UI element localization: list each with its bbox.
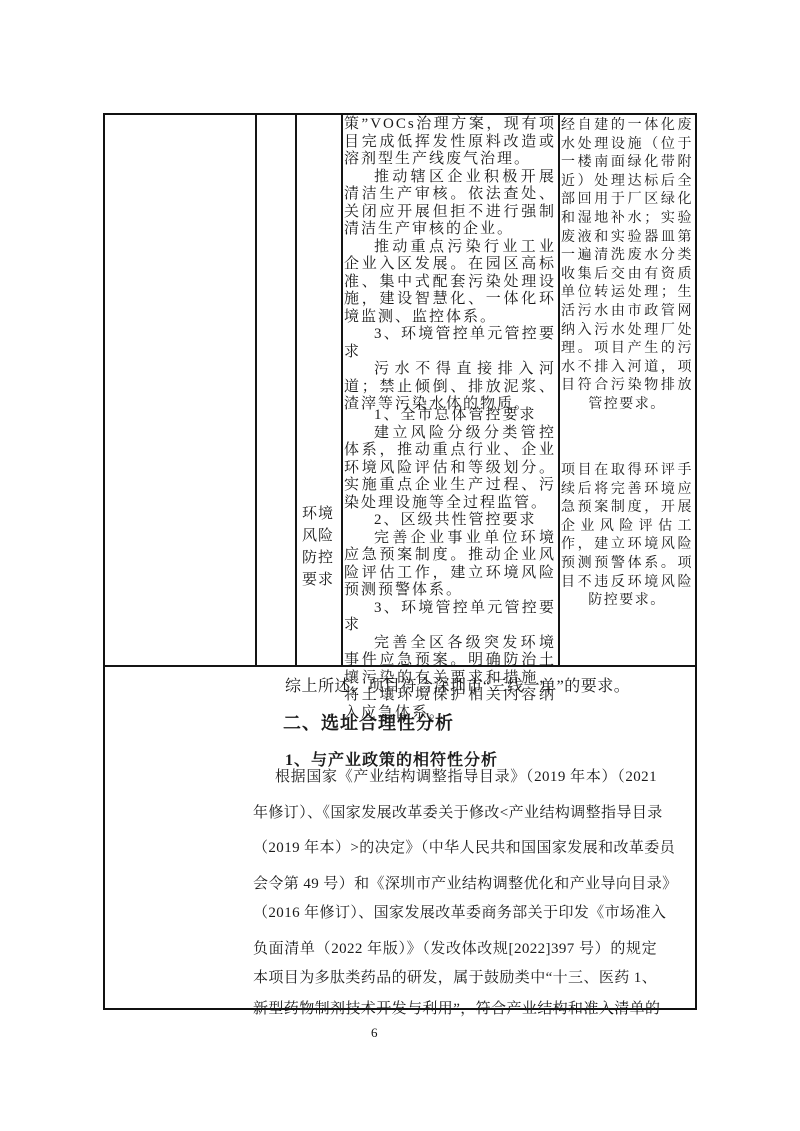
- paragraph: 策”VOCs治理方案，现有项目完成低挥发性原料改造或溶剂型生产线废气治理。: [344, 116, 556, 169]
- paragraph: 经自建的一体化废水处理设施（位于一楼南面绿化带附近）处理达标后全部回用于厂区绿化…: [561, 117, 693, 415]
- body-text-line: 根据国家《产业结构调整指导目录》（2019 年本）（2021: [253, 765, 657, 786]
- category-label-line: 防控: [295, 547, 341, 569]
- scanned-document-page: 环境 风险 防控 要求 策”VOCs治理方案，现有项目完成低挥发性原料改造或溶剂…: [0, 0, 800, 1131]
- section-heading: 二、选址合理性分析: [283, 709, 454, 735]
- paragraph: 2、区级共性管控要求: [344, 512, 556, 530]
- paragraph: 污水不得直接排入河道；禁止倾倒、排放泥浆、渣滓等污染水体的物质。: [344, 361, 556, 414]
- body-text-line: （2016 年修订）、国家发展改革委商务部关于印发《市场准入: [253, 901, 657, 922]
- category-label-line: 环境: [295, 503, 341, 525]
- body-text-line: 本项目为多肽类药品的研发，属于鼓励类中“十三、医药 1、: [253, 966, 657, 987]
- document-page-border: 环境 风险 防控 要求 策”VOCs治理方案，现有项目完成低挥发性原料改造或溶剂…: [103, 113, 697, 1010]
- paragraph: 建立风险分级分类管控体系，推动重点行业、企业环境风险评估和等级划分。实施重点企业…: [344, 425, 556, 513]
- table-cell-compliance-risk: 项目在取得环评手续后将完善环境应急预案制度，开展企业风险评估工作，建立环境风险预…: [561, 462, 693, 611]
- category-label-line: 风险: [295, 525, 341, 547]
- paragraph: 完善企业事业单位环境应急预案制度。推动企业风险评估工作，建立环境风险预测预警体系…: [344, 530, 556, 600]
- body-text-line: 年修订）、《国家发展改革委关于修改<产业结构调整指导目录: [253, 801, 657, 822]
- page-number: 6: [371, 1025, 378, 1041]
- conclusion-line: 综上所述，项目符合深圳市“三线一单”的要求。: [285, 673, 630, 696]
- table-column-divider-3: [341, 115, 343, 665]
- body-text-line: 会令第 49 号）和《深圳市产业结构调整优化和产业导向目录》: [253, 872, 657, 893]
- paragraph: 3、环境管控单元管控要求: [344, 600, 556, 635]
- paragraph: 推动重点污染行业工业企业入区发展。在园区高标准、集中式配套污染处理设施，建设智慧…: [344, 239, 556, 327]
- table-column-divider-4: [558, 115, 560, 665]
- category-label-line: 要求: [295, 569, 341, 591]
- body-text-line: （2019 年本）>的决定》（中华人民共和国国家发展和改革委员: [253, 836, 657, 857]
- paragraph: 3、环境管控单元管控要求: [344, 326, 556, 361]
- body-text-line: 负面清单（2022 年版）》（发改体改规[2022]397 号）的规定: [253, 937, 657, 958]
- body-text-line: 新型药物制剂技术开发与利用”，符合产业结构和准入清单的: [253, 997, 657, 1018]
- paragraph: 项目在取得环评手续后将完善环境应急预案制度，开展企业风险评估工作，建立环境风险预…: [561, 462, 693, 611]
- paragraph: 推动辖区企业积极开展清洁生产审核。依法查处、关闭应开展但拒不进行强制清洁生产审核…: [344, 169, 556, 239]
- table-cell-control-requirements-upper: 策”VOCs治理方案，现有项目完成低挥发性原料改造或溶剂型生产线废气治理。 推动…: [344, 116, 556, 414]
- table-cell-category-label: 环境 风险 防控 要求: [295, 503, 341, 591]
- table-cell-compliance-upper: 经自建的一体化废水处理设施（位于一楼南面绿化带附近）处理达标后全部回用于厂区绿化…: [561, 117, 693, 415]
- table-column-divider-1: [255, 115, 257, 665]
- paragraph: 1、全市总体管控要求: [344, 407, 556, 425]
